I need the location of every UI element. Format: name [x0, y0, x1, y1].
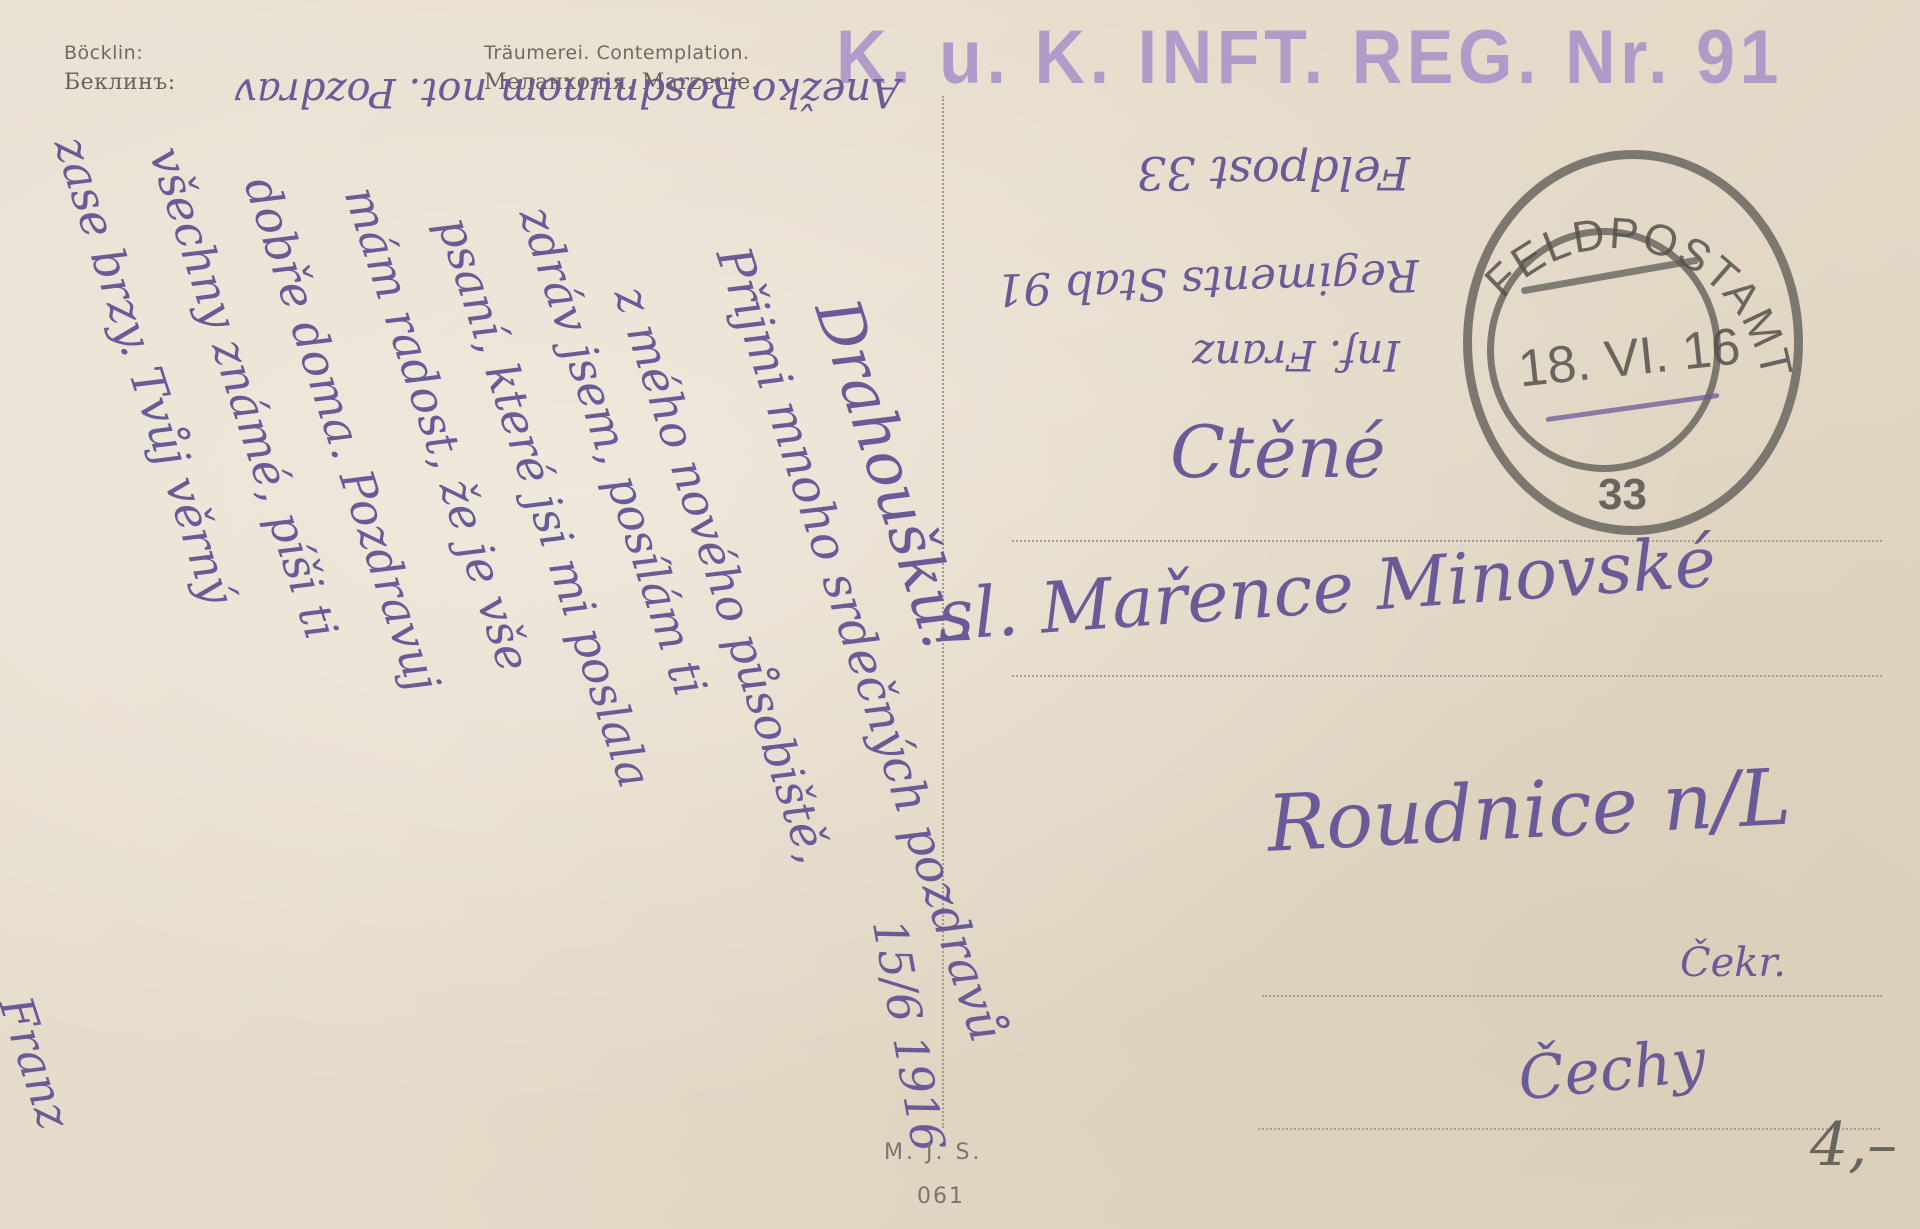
pencil-price-note: 4,– — [1810, 1110, 1897, 1180]
regiment-stamp: K. u. K. INFT. REG. Nr. 91 — [836, 14, 1783, 101]
artwork-title-line1: Träumerei. Contemplation. — [484, 42, 749, 64]
postcard-back: Böcklin: Беклинъ: Träumerei. Contemplati… — [0, 0, 1920, 1229]
publisher-mark: M. J. S. — [884, 1140, 982, 1165]
sender-line-2: Regiments Stab 91 — [995, 249, 1420, 315]
sender-line-3: Inf. Franz — [1192, 331, 1400, 380]
message-top-line: Anežko Rosdnunom not. Pozdrav — [234, 69, 900, 115]
address-line-4 — [1258, 1128, 1880, 1130]
address-line-3 — [1262, 995, 1882, 997]
address-salutation: Ctěné — [1170, 410, 1386, 494]
postmark-number: 33 — [1598, 470, 1647, 520]
address-city: Roudnice n/L — [1265, 753, 1793, 870]
artist-name-latin: Böcklin: — [64, 42, 143, 64]
address-line-2 — [1012, 675, 1882, 677]
sender-line-1: Feldpost 33 — [1137, 146, 1410, 200]
publisher-number: 061 — [917, 1184, 965, 1209]
address-country: Čechy — [1515, 1025, 1709, 1114]
address-district: Čekr. — [1680, 940, 1786, 986]
message-signature: Franz — [0, 990, 82, 1135]
artist-name-cyrillic: Беклинъ: — [64, 70, 176, 95]
